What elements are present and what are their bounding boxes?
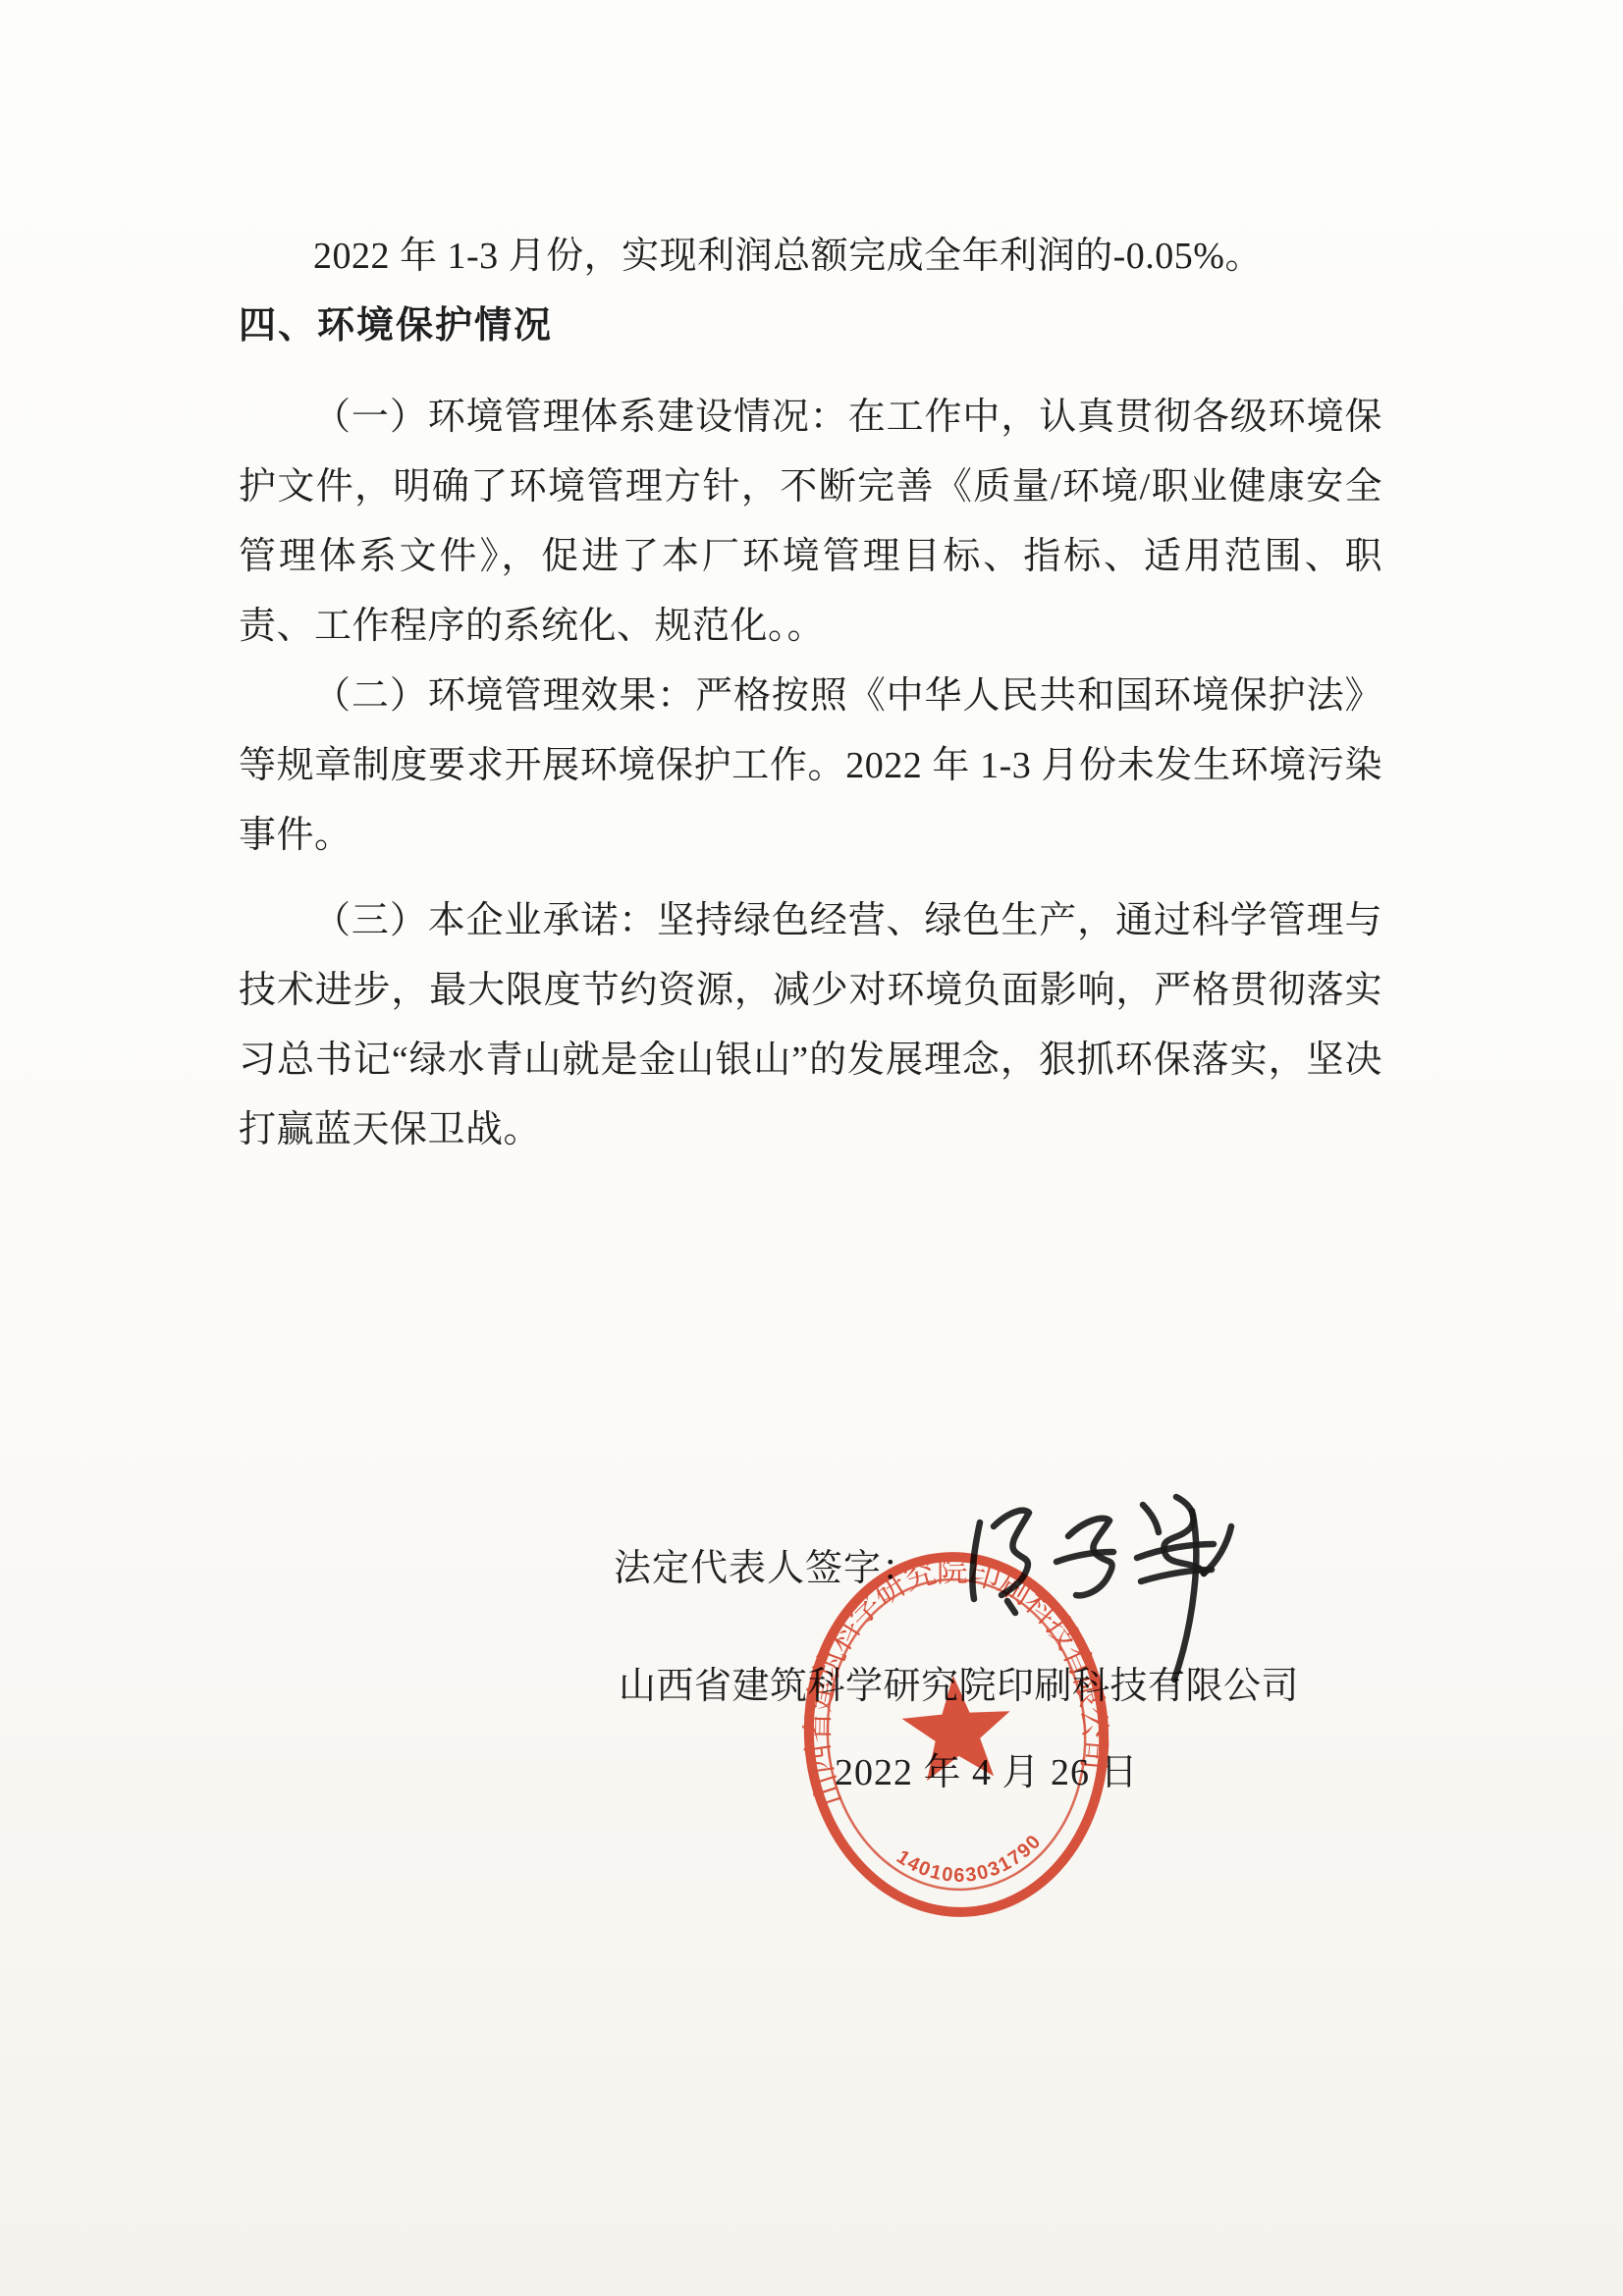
document-body: 2022 年 1-3 月份，实现利润总额完成全年利润的-0.05%。 四、环境保… xyxy=(239,222,1382,1165)
handwritten-signature xyxy=(950,1475,1235,1691)
scanned-document-page: 2022 年 1-3 月份，实现利润总额完成全年利润的-0.05%。 四、环境保… xyxy=(0,0,1623,2296)
paragraph-environment-effect: （二）环境管理效果：严格按照《中华人民共和国环境保护法》等规章制度要求开展环境保… xyxy=(239,662,1382,871)
intro-line: 2022 年 1-3 月份，实现利润总额完成全年利润的-0.05%。 xyxy=(239,222,1382,292)
seal-code-text: 1401063031790 xyxy=(891,1831,1047,1892)
section-heading: 四、环境保护情况 xyxy=(239,292,1382,361)
paragraph-company-commitment: （三）本企业承诺：坚持绿色经营、绿色生产，通过科学管理与技术进步，最大限度节约资… xyxy=(239,886,1382,1165)
paragraph-environment-system: （一）环境管理体系建设情况：在工作中，认真贯彻各级环境保护文件，明确了环境管理方… xyxy=(239,383,1382,662)
